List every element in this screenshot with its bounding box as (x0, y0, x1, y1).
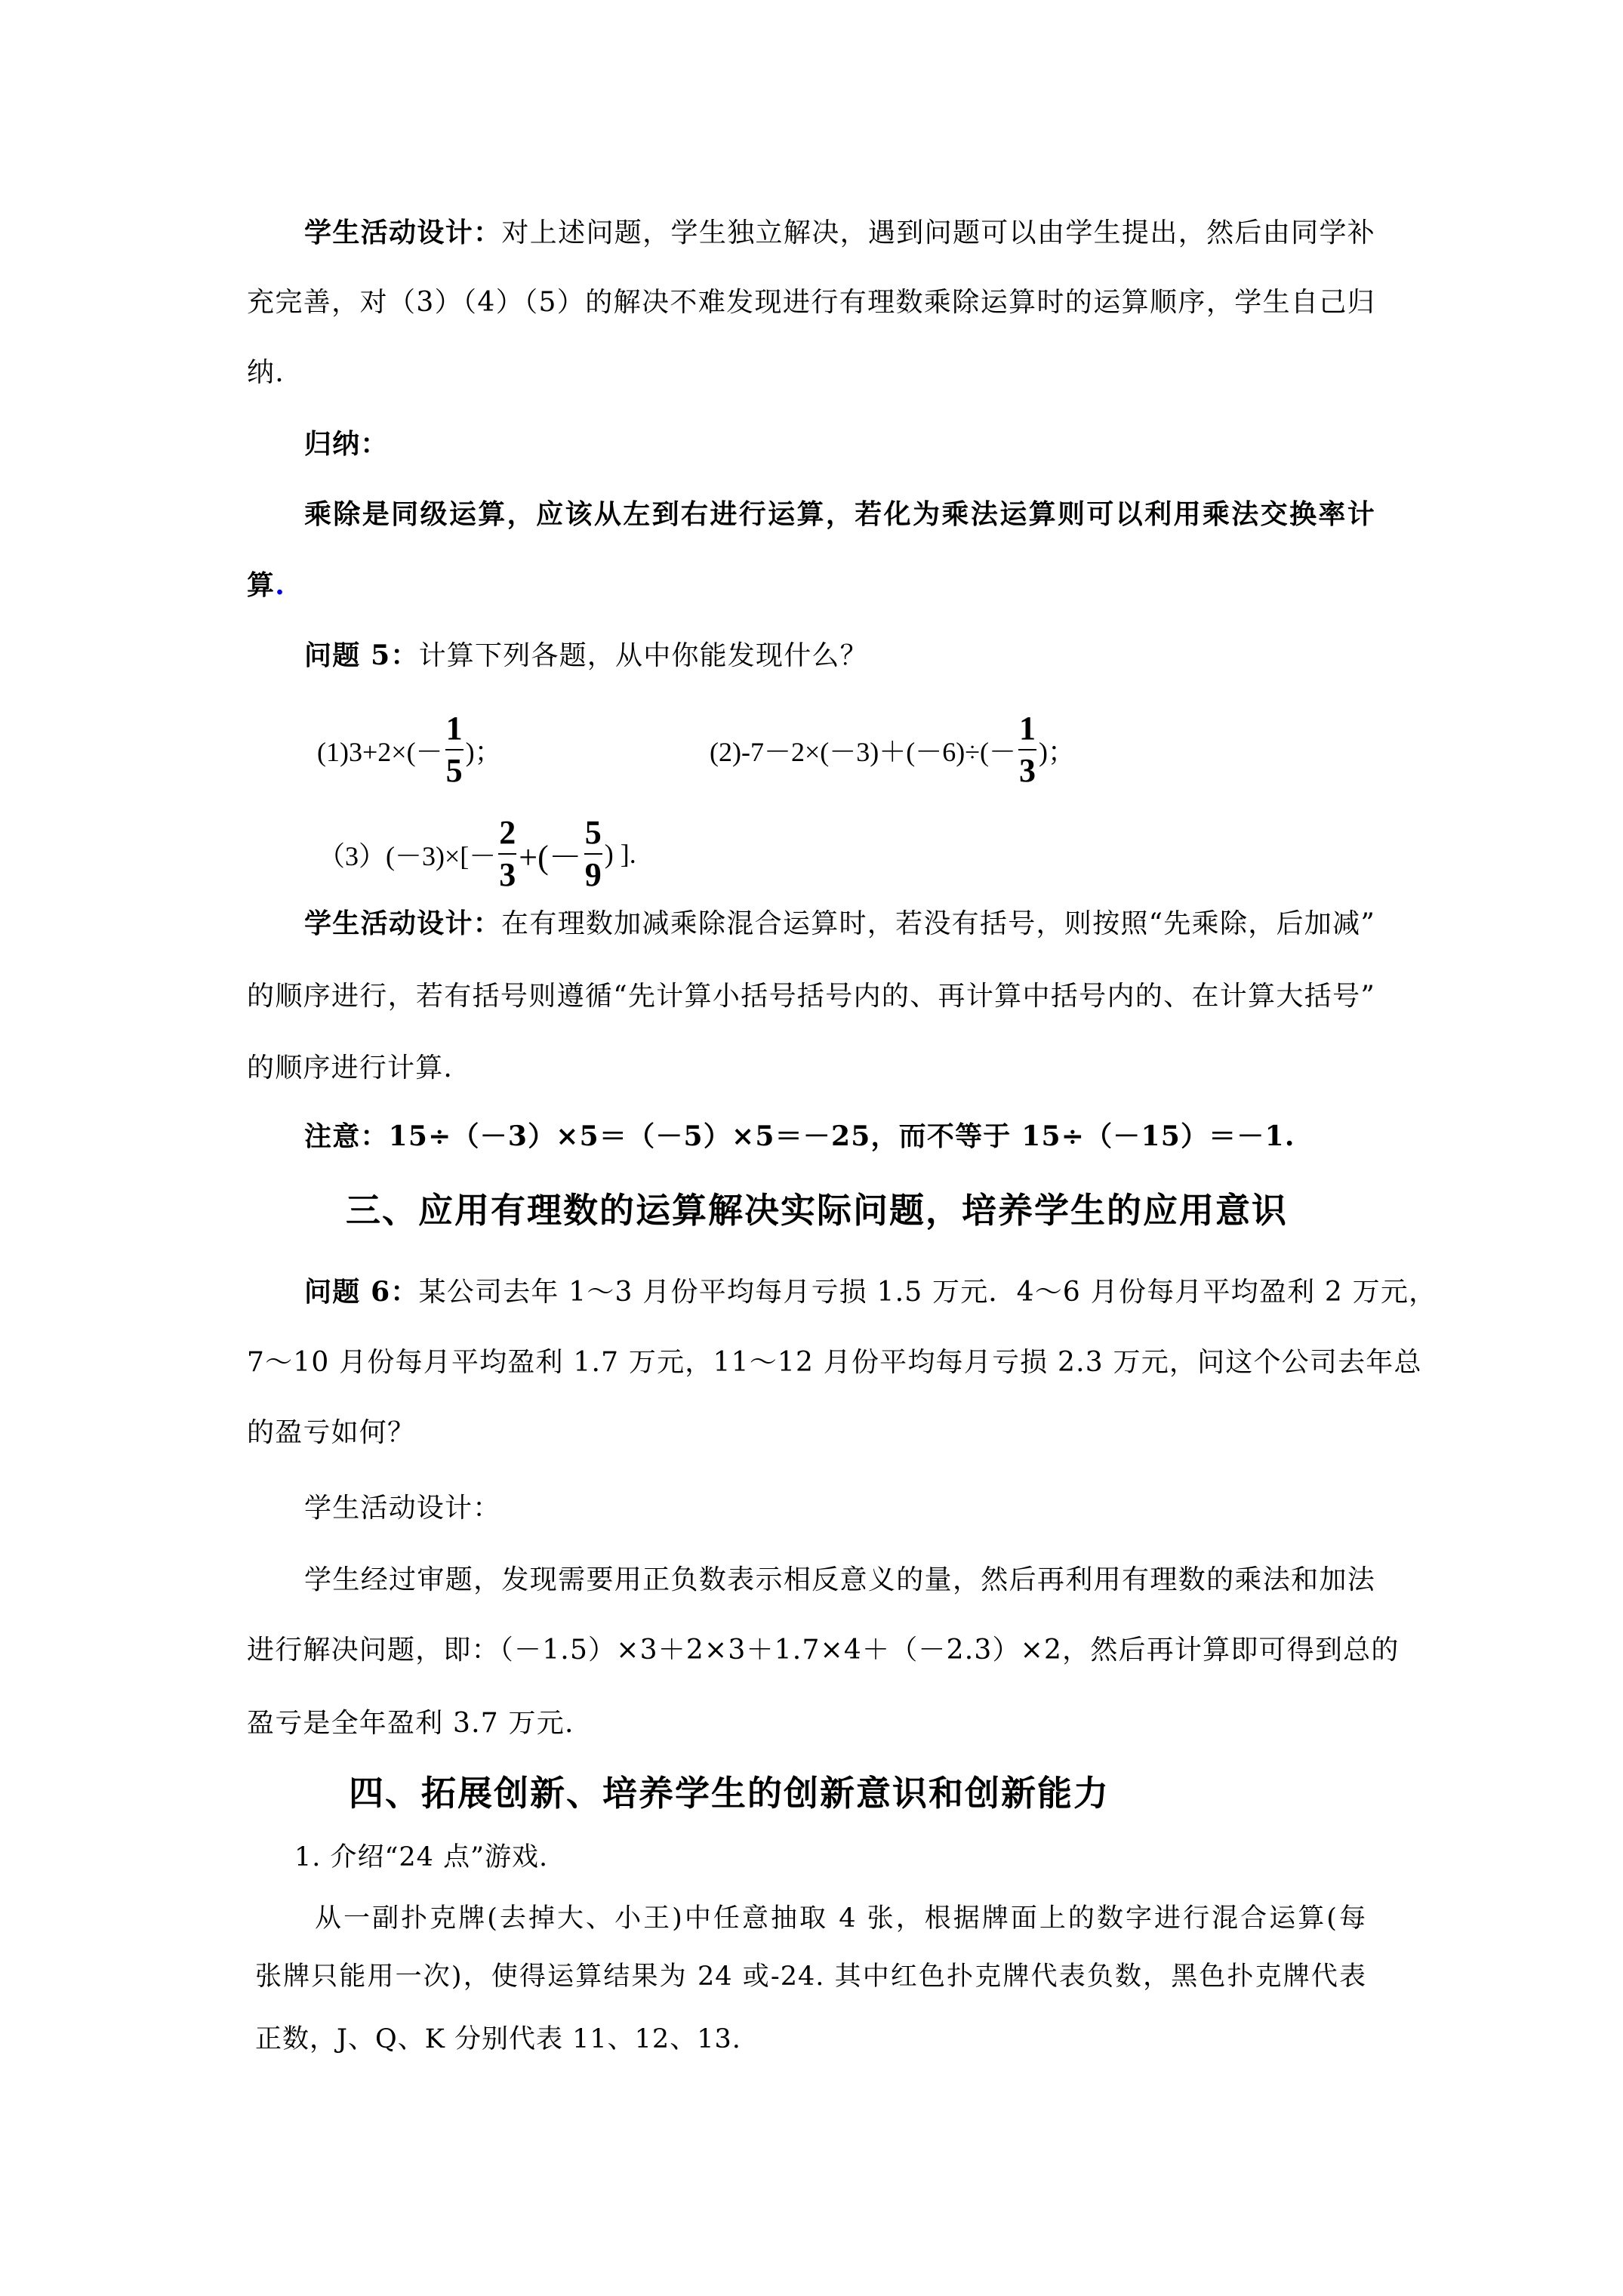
fraction-bar (498, 853, 516, 855)
problem5-item3: （3）(－3)×[－ 2 3 +(－ 5 9 ) ]. (318, 812, 636, 895)
fraction: 2 3 (498, 814, 516, 894)
fraction: 5 9 (584, 814, 602, 894)
activity1-line2: 充完善，对（3）（4）（5）的解决不难发现进行有理数乘除运算时的运算顺序，学生自… (247, 288, 1375, 318)
problem5-item1: (1)3+2×(－ 1 5 )； (317, 701, 502, 799)
problem6-line1: 问题 6：某公司去年 1～3 月份平均每月亏损 1.5 万元．4～6 月份每月平… (304, 1277, 1375, 1308)
activity2-line2: 的顺序进行，若有括号则遵循“先计算小括号括号内的、再计算中括号内的、在计算大括号… (247, 982, 1375, 1012)
activity2-line1: 学生活动设计：在有理数加减乘除混合运算时，若没有括号，则按照“先乘除，后加减” (304, 908, 1375, 939)
activity2-label: 学生活动设计： (304, 908, 501, 939)
game-title: 1. 介绍“24 点”游戏. (294, 1842, 548, 1872)
activity1-line1: 学生活动设计：对上述问题，学生独立解决，遇到问题可以由学生提出，然后由同学补 (304, 217, 1375, 248)
summary-label: 归纳： (304, 429, 389, 459)
problem6-label: 问题 6： (304, 1276, 419, 1308)
problem6-line2: 7～10 月份每月平均盈利 1.7 万元，11～12 月份平均每月亏损 2.3 … (247, 1348, 1375, 1378)
problem6-line3: 的盈亏如何？ (247, 1418, 415, 1448)
blue-period: . (275, 569, 285, 601)
section3-activity-line1: 学生经过审题，发现需要用正负数表示相反意义的量，然后再利用有理数的乘法和加法 (304, 1565, 1375, 1595)
game-line2: 张牌只能用一次)，使得运算结果为 24 或-24. 其中红色扑克牌代表负数，黑色… (255, 1962, 1366, 1992)
activity1-line3: 纳. (247, 358, 285, 388)
fraction-bar (1018, 749, 1036, 750)
fraction: 1 5 (445, 710, 463, 790)
fraction-bar (445, 749, 463, 750)
activity1-label: 学生活动设计： (304, 217, 501, 248)
problem5-label: 问题 5： (304, 639, 419, 671)
game-line3: 正数，J、Q、K 分别代表 11、12、13. (255, 2024, 741, 2054)
problem5-item2: (2)-7－2×(－3)＋(－6)÷(－ 1 3 )； (710, 701, 1075, 799)
summary-line2: 算. (247, 570, 285, 600)
note-line: 注意：15÷（－3）×5＝（－5）×5＝－25，而不等于 15÷（－15）＝－1… (304, 1121, 1295, 1151)
section3-activity-line3: 盈亏是全年盈利 3.7 万元. (247, 1709, 574, 1739)
section3-activity-label: 学生活动设计： (304, 1493, 500, 1524)
fraction: 1 3 (1018, 710, 1036, 790)
activity2-line3: 的顺序进行计算. (247, 1053, 453, 1083)
summary-line1: 乘除是同级运算，应该从左到右进行运算，若化为乘法运算则可以利用乘法交换率计 (304, 499, 1375, 529)
section3-heading: 三、应用有理数的运算解决实际问题，培养学生的应用意识 (346, 1191, 1288, 1229)
game-line1: 从一副扑克牌(去掉大、小王)中任意抽取 4 张，根据牌面上的数字进行混合运算(每 (315, 1903, 1366, 1934)
section3-activity-line2: 进行解决问题，即：（－1.5）×3＋2×3＋1.7×4＋（－2.3）×2，然后再… (247, 1635, 1375, 1666)
document-page: 学生活动设计：对上述问题，学生独立解决，遇到问题可以由学生提出，然后由同学补 充… (0, 0, 1623, 2296)
problem5-heading: 问题 5：计算下列各题，从中你能发现什么？ (304, 640, 868, 671)
section4-heading: 四、拓展创新、培养学生的创新意识和创新能力 (349, 1774, 1110, 1812)
fraction-bar (584, 853, 602, 855)
